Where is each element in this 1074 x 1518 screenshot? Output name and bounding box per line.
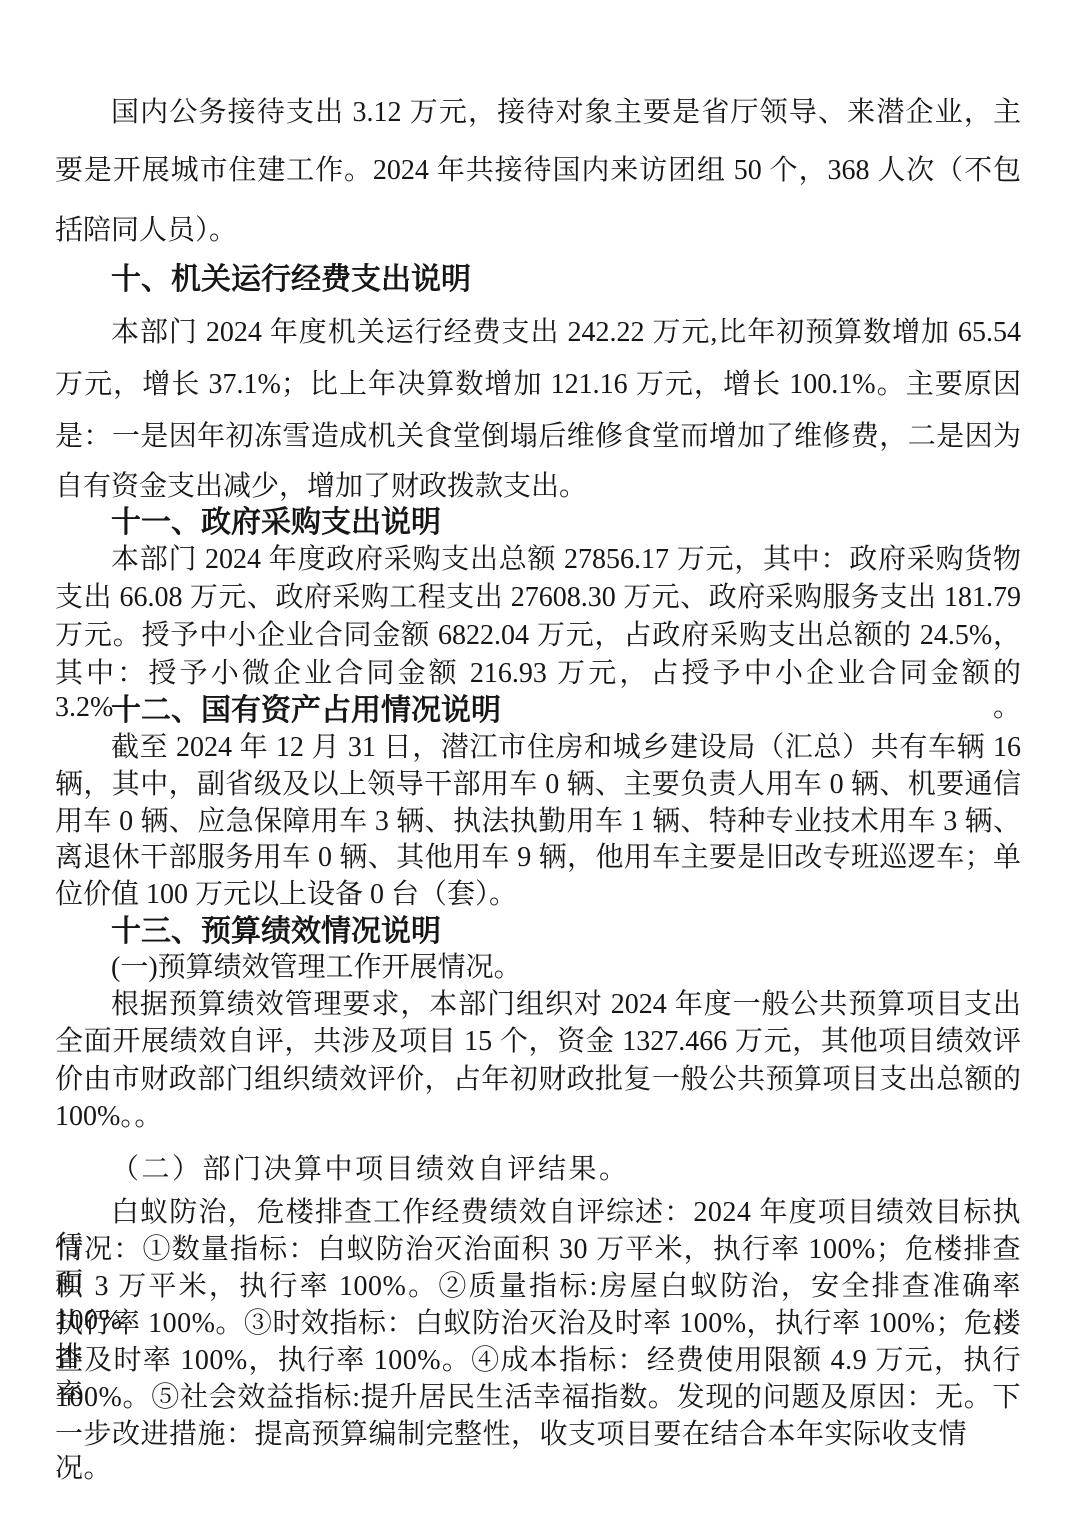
body-line: 用车 0 辆、应急保障用车 3 辆、执法执勤用车 1 辆、特种专业技术用车 3 … xyxy=(55,805,1021,839)
body-line: 100%。⑤社会效益指标:提升居民生活幸福指数。发现的问题及原因：无。下 xyxy=(55,1381,1021,1415)
body-line: 100%。。 xyxy=(55,1100,1021,1134)
body-line: 积 3 万平米，执行率 100%。②质量指标:房屋白蚁防治，安全排查准确率 10… xyxy=(55,1270,1021,1304)
section-heading-12: 十二、国有资产占用情况说明 xyxy=(55,692,1021,730)
section-heading-13: 十三、预算绩效情况说明 xyxy=(55,913,1021,951)
body-line: 本部门 2024 年度机关运行经费支出 242.22 万元,比年初预算数增加 6… xyxy=(55,316,1021,350)
body-line: 执行率 100%。③时效指标：白蚁防治灭治及时率 100%，执行率 100%；危… xyxy=(55,1307,1021,1341)
body-line: 根据预算绩效管理要求，本部门组织对 2024 年度一般公共预算项目支出 xyxy=(55,988,1021,1022)
body-line: 国内公务接待支出 3.12 万元，接待对象主要是省厅领导、来潜企业，主 xyxy=(55,93,1021,133)
body-line: 万元。授予中小企业合同金额 6822.04 万元，占政府采购支出总额的 24.5… xyxy=(55,619,1021,653)
body-line: 要是开展城市住建工作。2024 年共接待国内来访团组 50 个，368 人次（不… xyxy=(55,151,1021,191)
body-line: 本部门 2024 年度政府采购支出总额 27856.17 万元，其中：政府采购货… xyxy=(55,543,1021,577)
body-line: 是：一是因年初冻雪造成机关食堂倒塌后维修食堂而增加了维修费，二是因为 xyxy=(55,420,1021,454)
body-line: 支出 66.08 万元、政府采购工程支出 27608.30 万元、政府采购服务支… xyxy=(55,581,1021,615)
body-line: 离退休干部服务用车 0 辆、其他用车 9 辆，他用车主要是旧改专班巡逻车；单 xyxy=(55,841,1021,875)
body-line: 全面开展绩效自评，共涉及项目 15 个，资金 1327.466 万元，其他项目绩… xyxy=(55,1025,1021,1059)
document-page: 国内公务接待支出 3.12 万元，接待对象主要是省厅领导、来潜企业，主 要是开展… xyxy=(0,0,1074,1518)
body-line: 截至 2024 年 12 月 31 日，潜江市住房和城乡建设局（汇总）共有车辆 … xyxy=(55,731,1021,765)
section-heading-11: 十一、政府采购支出说明 xyxy=(55,504,1021,542)
body-line: 查及时率 100%，执行率 100%。④成本指标：经费使用限额 4.9 万元，执… xyxy=(55,1344,1021,1378)
body-line: 万元，增长 37.1%；比上年决算数增加 121.16 万元，增长 100.1%… xyxy=(55,368,1021,402)
subheading-performance-2: （二）部门决算中项目绩效自评结果。 xyxy=(55,1153,1021,1187)
body-line: 情况：①数量指标：白蚁防治灭治面积 30 万平米，执行率 100%；危楼排查面 xyxy=(55,1233,1021,1267)
body-line: 括陪同人员）。 xyxy=(55,211,1021,251)
body-line: 其中：授予小微企业合同金额 216.93 万元，占授予中小企业合同金额的 3.2… xyxy=(55,657,1021,691)
body-line: 一步改进措施：提高预算编制完整性，收支项目要在结合本年实际收支情况。 xyxy=(55,1418,1021,1452)
body-line: 价由市财政部门组织绩效评价，占年初财政批复一般公共预算项目支出总额的 xyxy=(55,1063,1021,1097)
body-line: 位价值 100 万元以上设备 0 台（套）。 xyxy=(55,878,1021,912)
body-line: 辆，其中，副省级及以上领导干部用车 0 辆、主要负责人用车 0 辆、机要通信 xyxy=(55,768,1021,802)
body-line: 白蚁防治，危楼排查工作经费绩效自评综述：2024 年度项目绩效目标执行 xyxy=(55,1196,1021,1230)
section-heading-10: 十、机关运行经费支出说明 xyxy=(55,261,1021,299)
body-line: 自有资金支出减少，增加了财政拨款支出。 xyxy=(55,470,1021,504)
subheading-performance-1: (一)预算绩效管理工作开展情况。 xyxy=(55,951,1021,985)
